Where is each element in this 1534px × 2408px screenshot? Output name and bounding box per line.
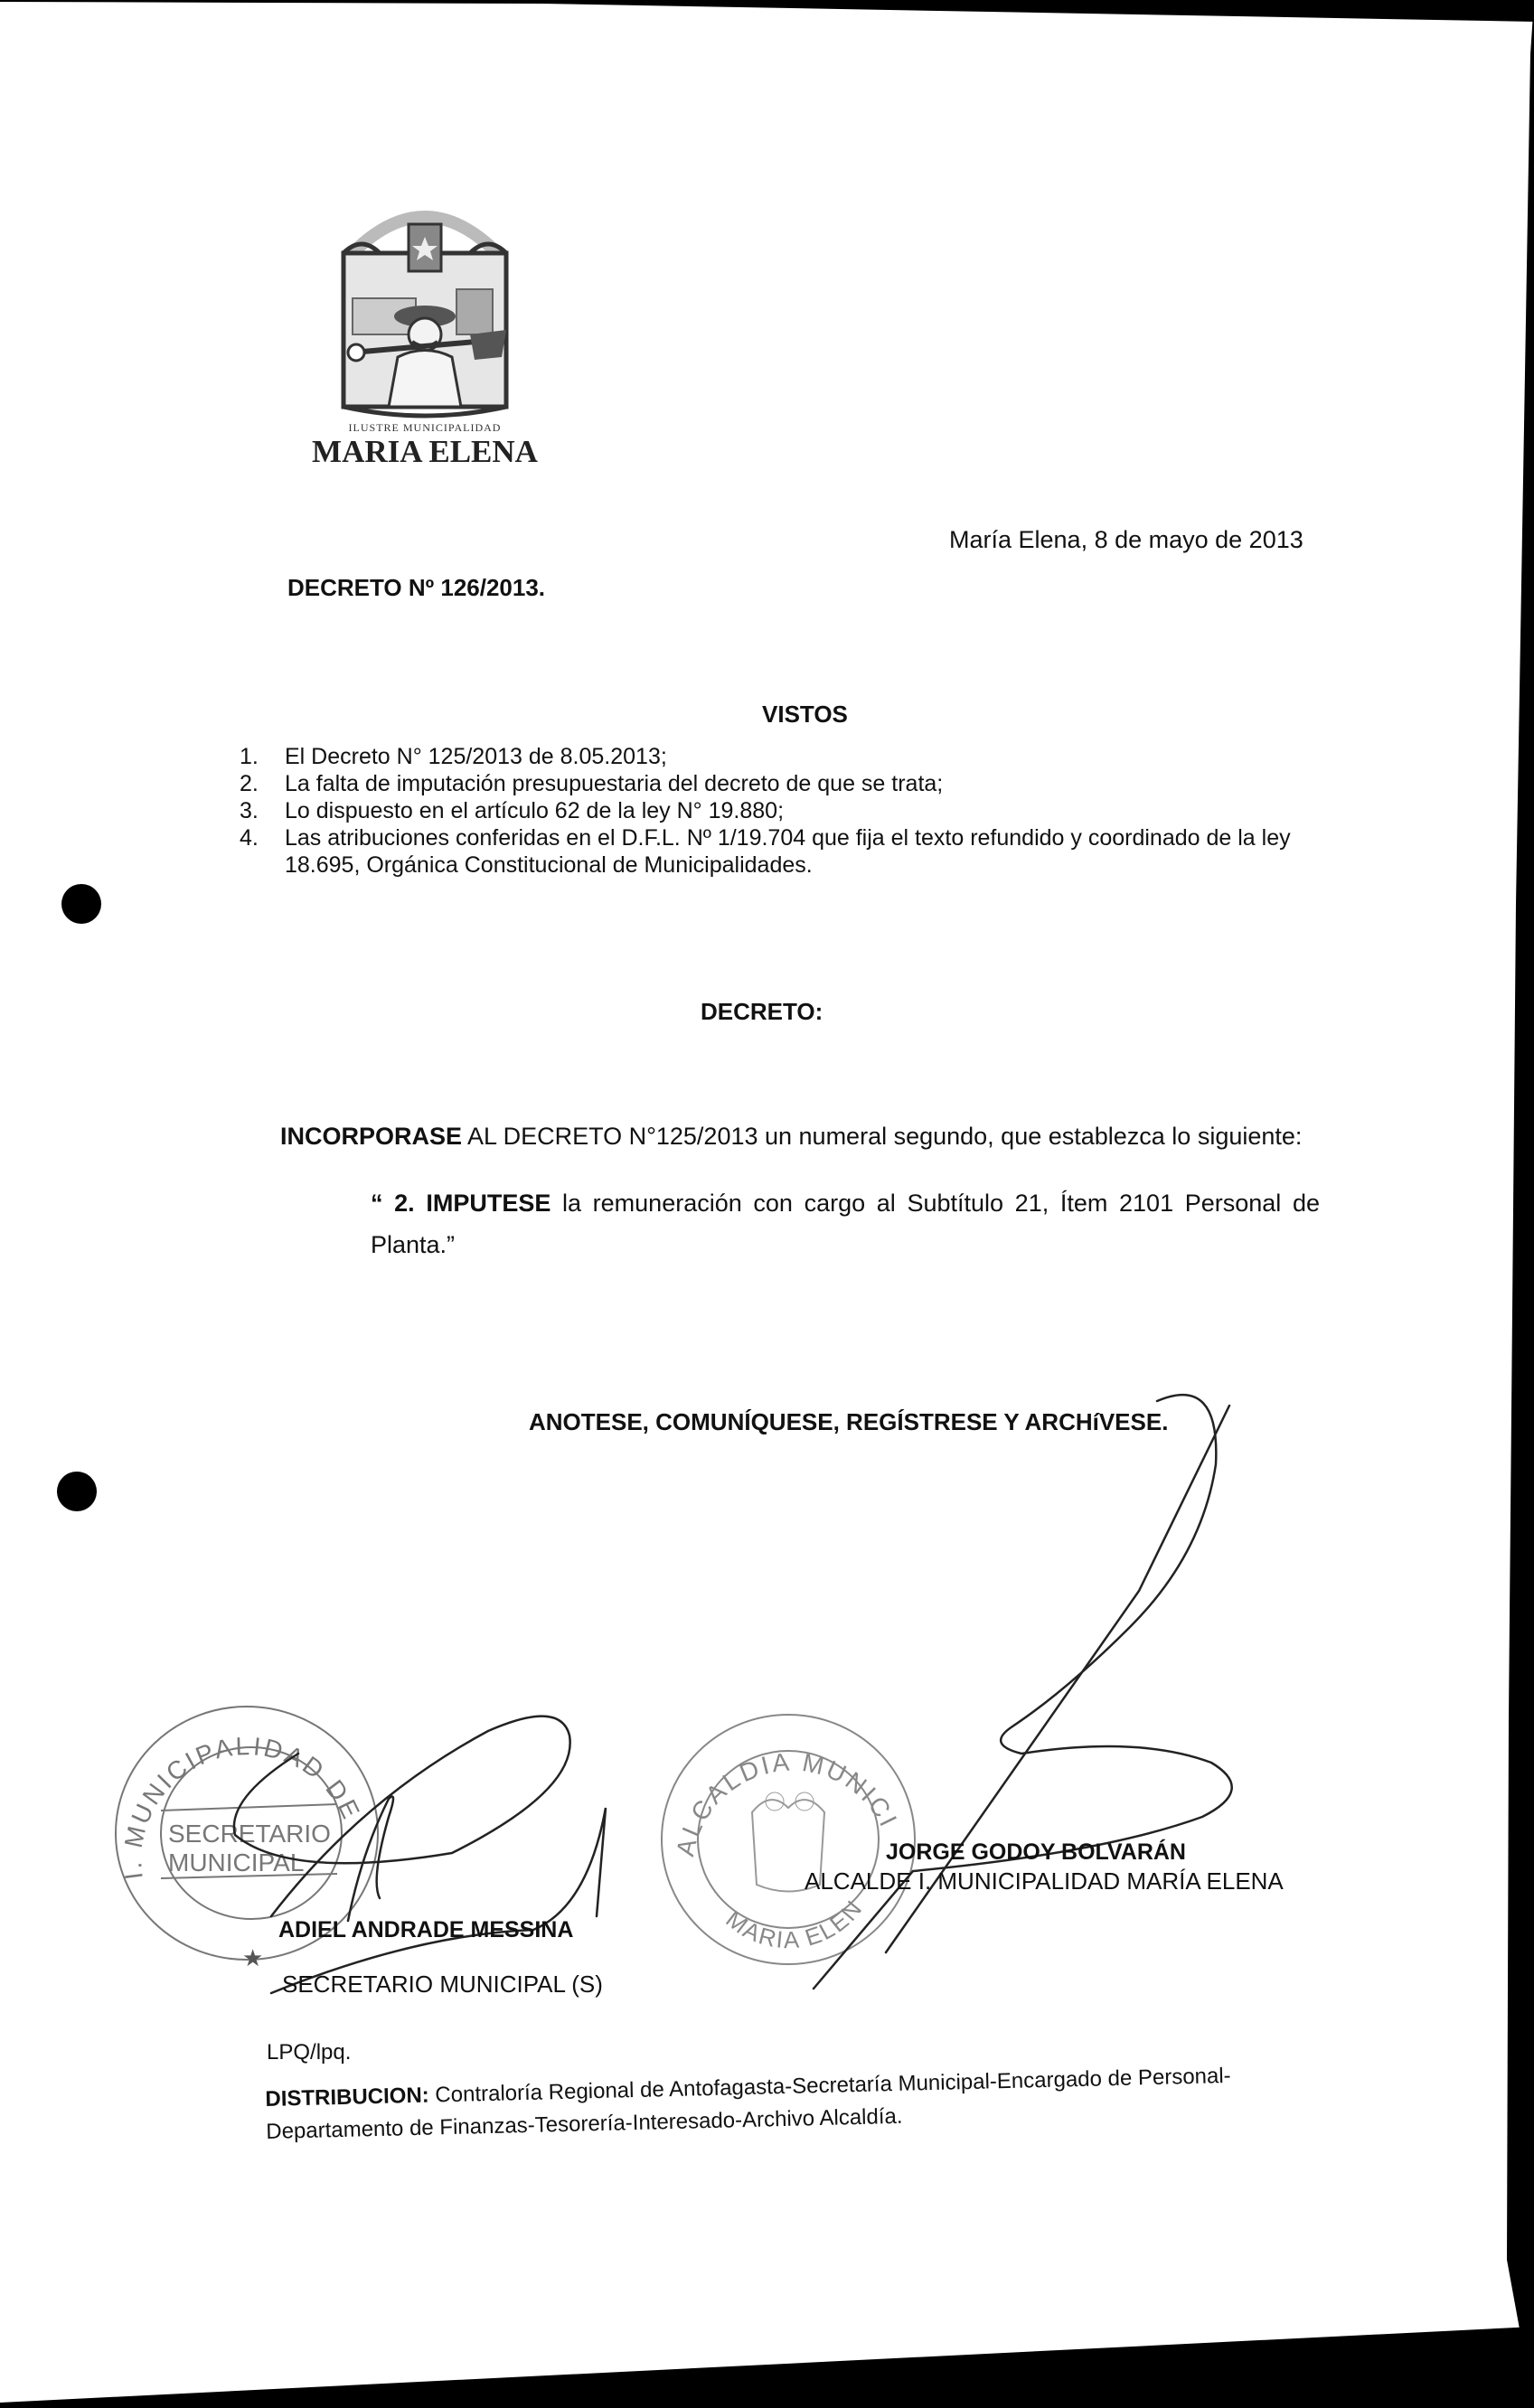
incorporase-text: AL DECRETO N°125/2013 un numeral segundo… [462, 1123, 1302, 1150]
secretario-title: SECRETARIO MUNICIPAL (S) [282, 1969, 603, 1999]
alcalde-title: ALCALDE I. MUNICIPALIDAD MARÍA ELENA [805, 1866, 1284, 1896]
document-date: María Elena, 8 de mayo de 2013 [949, 524, 1303, 555]
svg-text:★: ★ [242, 1944, 263, 1969]
imputese-paragraph: “ 2. IMPUTESE la remuneración con cargo … [371, 1182, 1320, 1265]
distribution-label: DISTRIBUCION: [265, 2083, 429, 2112]
item-number: 1. [240, 743, 259, 770]
item-text: Las atribuciones conferidas en el D.F.L.… [285, 825, 1291, 878]
item-text: La falta de imputación presupuestaria de… [285, 771, 943, 796]
vistos-item: 1.El Decreto N° 125/2013 de 8.05.2013; [240, 743, 1342, 770]
decree-number: DECRETO Nº 126/2013. [287, 572, 545, 603]
item-text: Lo dispuesto en el artículo 62 de la ley… [285, 798, 784, 823]
alcaldia-stamp-icon: ALCALDIA MUNICIPAL MARIA ELENA [653, 1704, 924, 1975]
secretario-name: ADIEL ANDRADE MESSINA [278, 1914, 573, 1945]
punch-hole-bottom [57, 1472, 97, 1511]
incorporase-keyword: INCORPORASE [280, 1123, 462, 1150]
decreto-heading: DECRETO: [701, 996, 823, 1027]
initials: LPQ/lpq. [267, 2037, 351, 2068]
scan-edge-right [1480, 0, 1534, 2408]
vistos-item: 2.La falta de imputación presupuestaria … [240, 770, 1342, 797]
closing-formula: ANOTESE, COMUNÍQUESE, REGÍSTRESE Y ARCHí… [529, 1406, 1168, 1437]
svg-text:ALCALDIA MUNICIPAL: ALCALDIA MUNICIPAL [653, 1704, 904, 1858]
distribution-list: DISTRIBUCION: Contraloría Regional de An… [265, 2057, 1323, 2149]
scan-edge-bottom [0, 2327, 1534, 2408]
svg-text:SECRETARIO: SECRETARIO [168, 1820, 331, 1848]
svg-text:MUNICIPAL: MUNICIPAL [168, 1848, 304, 1877]
punch-hole-top [61, 884, 101, 924]
letterhead-subtitle: ILUSTRE MUNICIPALIDAD [307, 421, 542, 435]
alcalde-name: JORGE GODOY BOLVARÁN [886, 1837, 1186, 1867]
item-text: El Decreto N° 125/2013 de 8.05.2013; [285, 744, 667, 769]
vistos-list: 1.El Decreto N° 125/2013 de 8.05.2013; 2… [240, 743, 1342, 879]
vistos-item: 3.Lo dispuesto en el artículo 62 de la l… [240, 797, 1342, 824]
scan-edge-top [0, 0, 1534, 54]
vistos-heading: VISTOS [762, 699, 848, 729]
letterhead-title: MARIA ELENA [298, 434, 551, 470]
vistos-item: 4.Las atribuciones conferidas en el D.F.… [240, 824, 1342, 879]
imputese-keyword: “ 2. IMPUTESE [371, 1190, 551, 1217]
item-number: 4. [240, 824, 259, 851]
item-number: 3. [240, 797, 259, 824]
incorporase-paragraph: INCORPORASE AL DECRETO N°125/2013 un num… [280, 1121, 1302, 1152]
item-number: 2. [240, 770, 259, 797]
